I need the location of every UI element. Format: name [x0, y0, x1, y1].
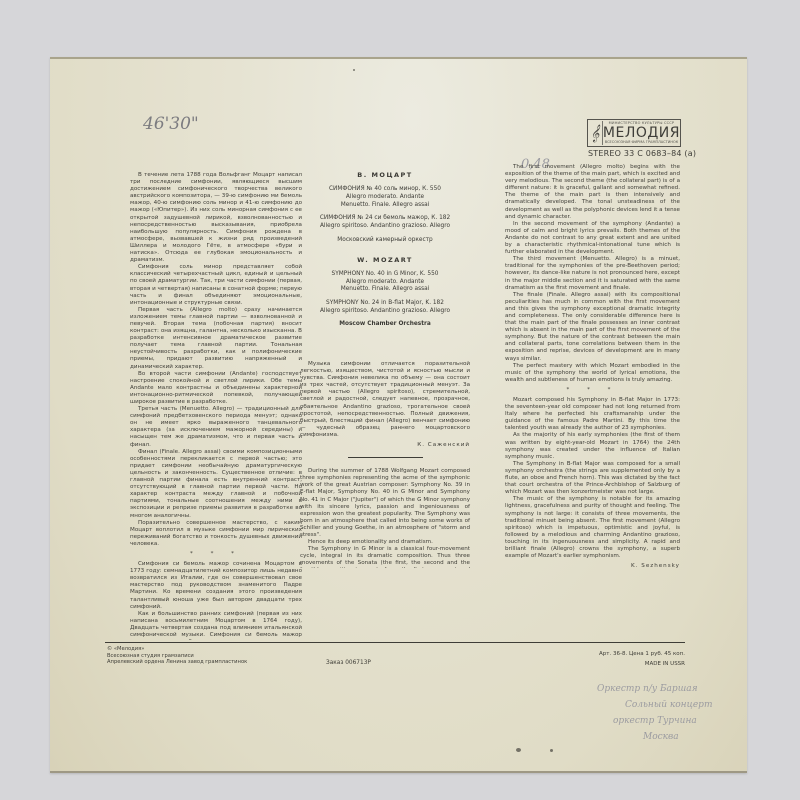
work-movements-ru: Allegro moderato. Andante Menuetto. Fina… [300, 194, 470, 209]
stain [516, 748, 521, 752]
paragraph: The first movement (Allegro molto) begin… [505, 164, 680, 221]
tracklist: В. МОЦАРТ СИМФОНИЯ № 40 соль минор, К. 5… [300, 171, 470, 340]
footer-publisher: © «Мелодия» Всесоюзная студия грамзаписи… [107, 646, 247, 666]
handwritten-notes: Оркестр п/у Баршая Сольный концерт оркес… [597, 681, 717, 745]
paragraph: As the majority of his early symphonies … [505, 432, 680, 460]
orchestra-en: Moscow Chamber Orchestra [300, 321, 470, 327]
work-title-ru: СИМФОНИЯ № 24 си бемоль мажор, К. 182 [300, 215, 470, 221]
work-title-en: SYMPHONY No. 24 in B-flat Major, K. 182 [300, 300, 470, 306]
work-movements-en: Allegro moderato. Andante Menuetto. Fina… [300, 279, 470, 294]
paragraph: В течение лета 1788 года Вольфганг Моцар… [130, 172, 302, 264]
work-title-en: SYMPHONY No. 40 in G Minor, K. 550 [300, 271, 470, 277]
liner-notes-english: The first movement (Allegro molto) begin… [505, 164, 680, 570]
paragraph: Третья часть (Menuetto. Allegro) — тради… [130, 406, 302, 449]
paragraph: The Symphony in B-flat Major was compose… [505, 461, 680, 496]
paragraph: The Symphony in G Minor is a classical f… [300, 546, 470, 568]
liner-notes-russian-continued: Музыка симфонии отличается поразительной… [300, 361, 470, 568]
paragraph: The third movement (Menuetto. Allegro) i… [505, 256, 680, 291]
paragraph: Во второй части симфонии (Andante) госпо… [130, 371, 302, 406]
logo-name: МЕЛОДИЯ [603, 126, 680, 140]
footer-price: Арт. 36-8. Цена 1 руб. 45 коп. MADE IN U… [599, 649, 685, 669]
liner-notes-russian: В течение лета 1788 года Вольфганг Моцар… [130, 172, 302, 640]
melodiya-emblem-icon: 𝄞 [588, 121, 603, 145]
orchestra-ru: Московский камерный оркестр [300, 237, 470, 243]
melodiya-logo: 𝄞 МИНИСТЕРСТВО КУЛЬТУРЫ СССР МЕЛОДИЯ ВСЕ… [587, 119, 681, 147]
paragraph: In the second movement of the symphony (… [505, 221, 680, 256]
paragraph: Поразительно совершенное мастерство, с к… [130, 520, 302, 548]
paragraph: Как и большинство ранних симфоний (перва… [130, 611, 302, 640]
signature-en: K. Sezhensky [505, 563, 680, 570]
section-separator: * * * [505, 387, 680, 394]
work-title-ru: СИМФОНИЯ № 40 соль минор, К. 550 [300, 186, 470, 192]
paragraph: Mozart composed his Symphony in B-flat M… [505, 397, 680, 432]
paragraph: Hence its deep emotionality and dramatis… [300, 539, 470, 546]
footer-divider [105, 642, 685, 643]
signature-ru: К. Саженский [300, 442, 470, 449]
logo-union-text: ВСЕСОЮЗНАЯ ФИРМА ГРАМПЛАСТИНОК [603, 141, 680, 145]
section-separator: * * * [130, 551, 302, 558]
handwritten-runtime: 46'30" [143, 114, 199, 134]
work-movements-ru: Allegro spiritoso. Andantino grazioso. A… [300, 223, 470, 231]
record-sleeve-back: 46'30" 𝄞 МИНИСТЕРСТВО КУЛЬТУРЫ СССР МЕЛО… [50, 57, 747, 773]
paragraph: Симфония соль минор представляет собой к… [130, 264, 302, 307]
paragraph: The music of the symphony is notable for… [505, 496, 680, 560]
paragraph: Финал (Finale. Allegro assai) своими ком… [130, 449, 302, 520]
paragraph: The perfect mastery with which Mozart em… [505, 363, 680, 384]
stereo-catalog-number: STEREO 33 С 0683–84 (а) [588, 149, 696, 158]
work-movements-en: Allegro spiritoso. Andantino grazioso. A… [300, 308, 470, 316]
stain [353, 69, 355, 71]
paragraph: Первая часть (Allegro molto) сразу начин… [130, 307, 302, 371]
paragraph: Музыка симфонии отличается поразительной… [300, 361, 470, 439]
paragraph: Симфония си бемоль мажор сочинена Моцарт… [130, 561, 302, 611]
stain [550, 749, 553, 752]
paragraph: During the summer of 1788 Wolfgang Mozar… [300, 468, 470, 539]
paragraph: The finale (Finale. Allegro assai) with … [505, 292, 680, 363]
composer-en: W. MOZART [300, 256, 470, 264]
footer-order-number: Заказ 006713Р [326, 660, 371, 666]
composer-ru: В. МОЦАРТ [300, 171, 470, 179]
divider [348, 457, 423, 458]
